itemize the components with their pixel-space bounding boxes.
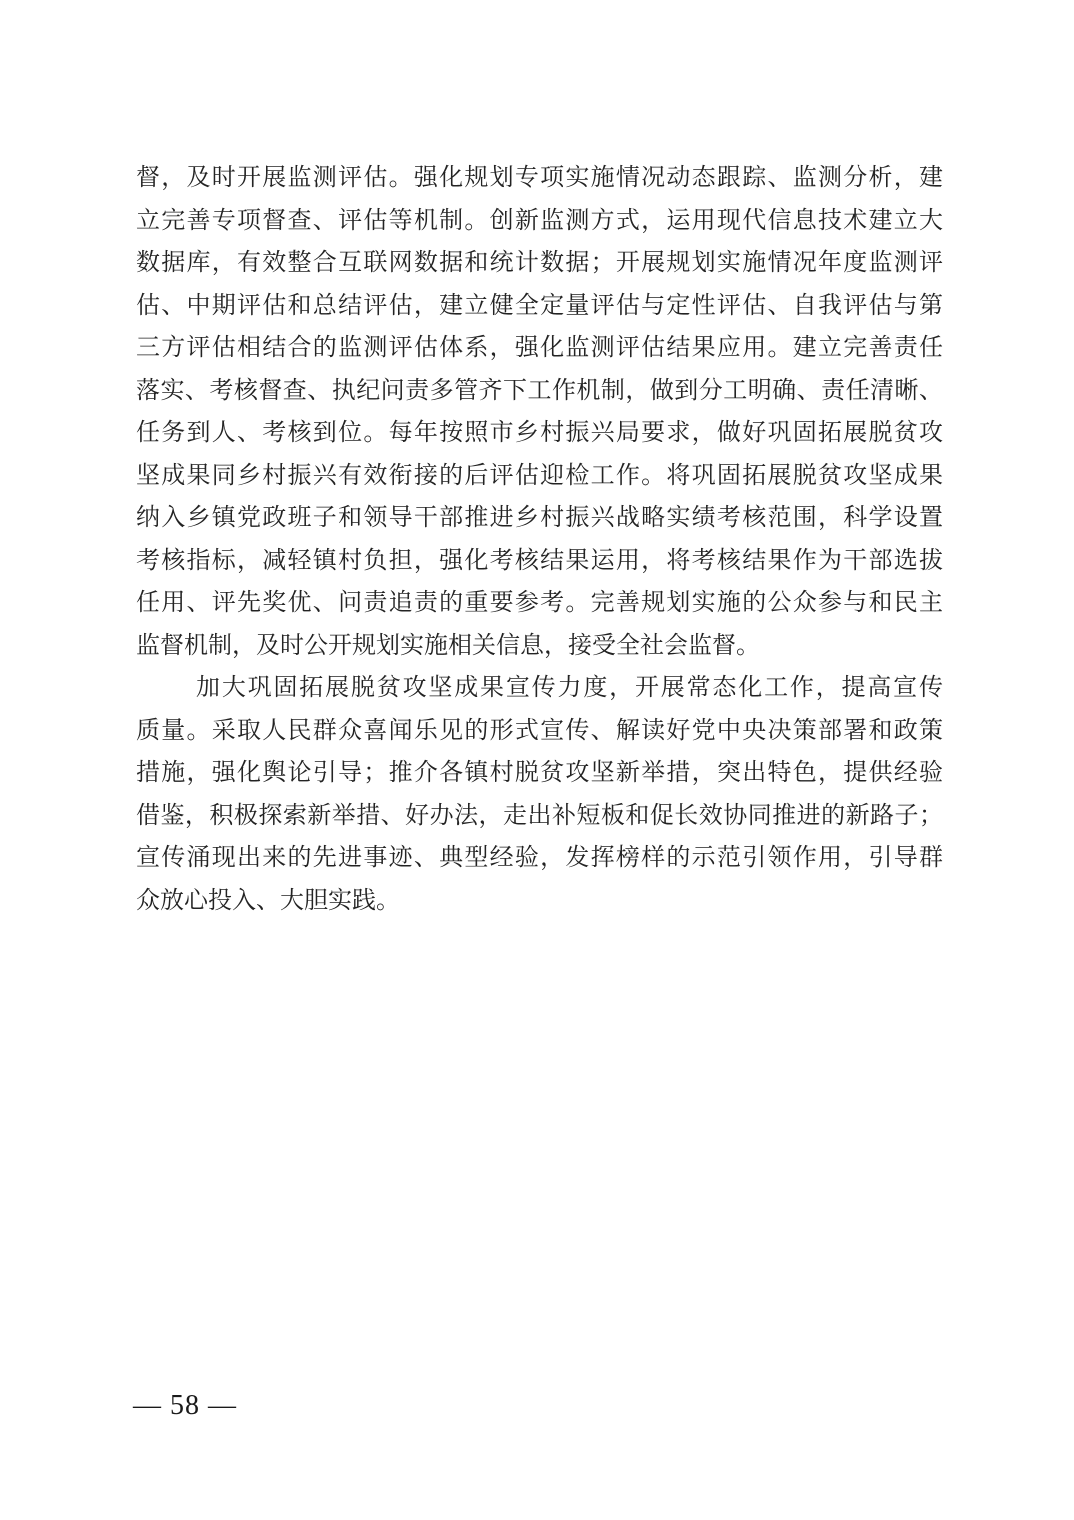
text-line: 坚成果同乡村振兴有效衔接的后评估迎检工作。将巩固拓展脱贫攻坚成果 <box>136 455 943 498</box>
page-number: — 58 — <box>133 1390 237 1422</box>
text-line: 估、中期评估和总结评估，建立健全定量评估与定性评估、自我评估与第 <box>136 285 943 328</box>
text-line: 考核指标，减轻镇村负担，强化考核结果运用，将考核结果作为干部选拔 <box>136 540 943 583</box>
text-line: 任用、评先奖优、问责追责的重要参考。完善规划实施的公众参与和民主 <box>136 582 943 625</box>
document-page: 督，及时开展监测评估。强化规划专项实施情况动态跟踪、监测分析，建 立完善专项督查… <box>0 0 1074 1520</box>
text-line: 质量。采取人民群众喜闻乐见的形式宣传、解读好党中央决策部署和政策 <box>136 710 943 753</box>
text-line: 三方评估相结合的监测评估体系，强化监测评估结果应用。建立完善责任 <box>136 327 943 370</box>
text-line: 加大巩固拓展脱贫攻坚成果宣传力度，开展常态化工作，提高宣传 <box>136 667 943 710</box>
body-text: 督，及时开展监测评估。强化规划专项实施情况动态跟踪、监测分析，建 立完善专项督查… <box>136 157 943 922</box>
text-line: 督，及时开展监测评估。强化规划专项实施情况动态跟踪、监测分析，建 <box>136 157 943 200</box>
text-line: 借鉴，积极探索新举措、好办法，走出补短板和促长效协同推进的新路子； <box>136 795 943 838</box>
text-line: 数据库，有效整合互联网数据和统计数据；开展规划实施情况年度监测评 <box>136 242 943 285</box>
text-line: 立完善专项督查、评估等机制。创新监测方式，运用现代信息技术建立大 <box>136 200 943 243</box>
text-line: 宣传涌现出来的先进事迹、典型经验，发挥榜样的示范引领作用，引导群 <box>136 837 943 880</box>
text-line: 任务到人、考核到位。每年按照市乡村振兴局要求，做好巩固拓展脱贫攻 <box>136 412 943 455</box>
text-line: 落实、考核督查、执纪问责多管齐下工作机制，做到分工明确、责任清晰、 <box>136 370 943 413</box>
text-line: 纳入乡镇党政班子和领导干部推进乡村振兴战略实绩考核范围，科学设置 <box>136 497 943 540</box>
text-line: 众放心投入、大胆实践。 <box>136 880 943 923</box>
text-line: 措施，强化舆论引导；推介各镇村脱贫攻坚新举措，突出特色，提供经验 <box>136 752 943 795</box>
text-line: 监督机制，及时公开规划实施相关信息，接受全社会监督。 <box>136 625 943 668</box>
